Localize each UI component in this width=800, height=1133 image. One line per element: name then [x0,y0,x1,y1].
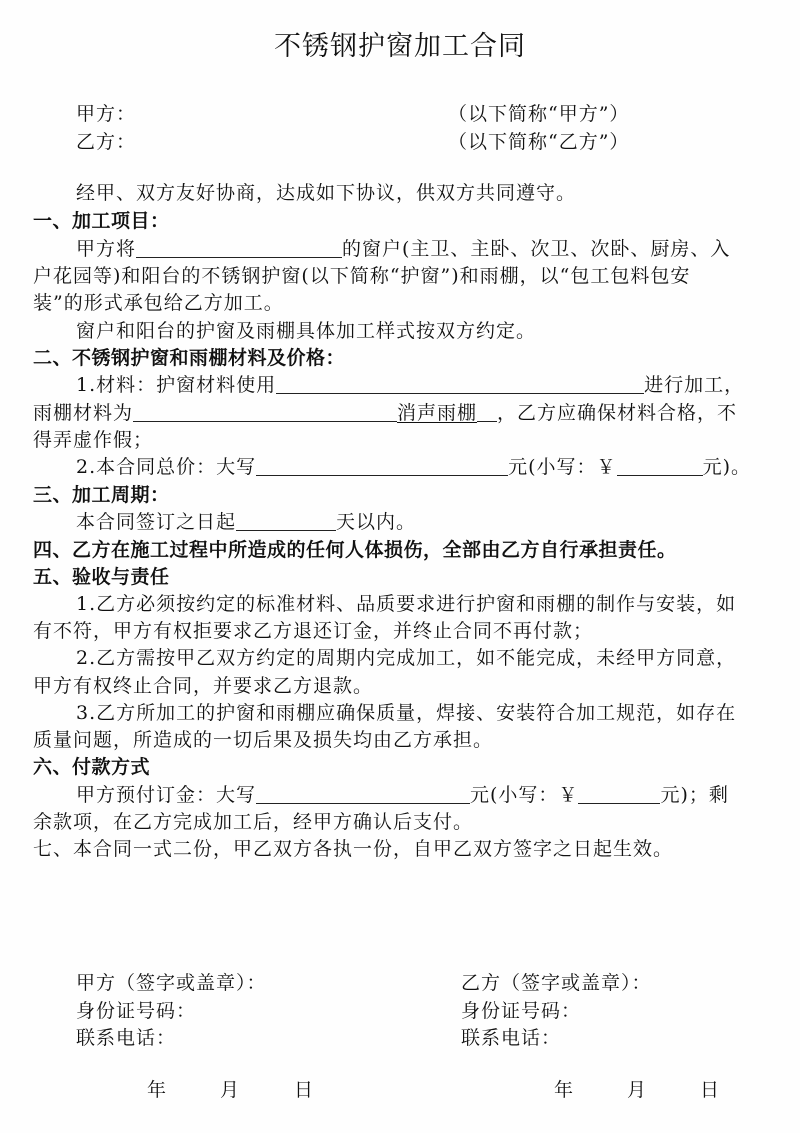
period-post: 天以内。 [336,511,416,533]
section4-heading: 四、乙方在施工过程中所造成的任何人体损伤，全部由乙方自行承担责任。 [33,538,677,562]
section1-line1: 甲方将的窗户(主卫、主卧、次卫、次卧、厨房、入 [76,237,730,261]
section5-item3-line2: 质量问题，所造成的一切后果及损失均由乙方承担。 [33,728,493,752]
party-a-year-label: 年 [147,1078,167,1102]
material-label: 1.材料：护窗材料使用 [76,374,276,396]
awning-material-label: 雨棚材料为 [33,402,133,424]
section7-text: 七、本合同一式二份，甲乙双方各执一份，自甲乙双方签字之日起生效。 [33,837,673,861]
total-price-number-blank[interactable] [617,455,703,476]
party-b-phone-label: 联系电话： [461,1026,561,1050]
document-title: 不锈钢护窗加工合同 [0,30,800,64]
deposit-words-blank[interactable] [256,783,470,804]
section2-heading: 二、不锈钢护窗和雨棚材料及价格： [33,346,345,370]
party-b-note: （以下简称“乙方”） [448,130,629,154]
party-a-address-blank[interactable] [136,237,342,258]
awning-material-post: ，乙方应确保材料合格，不 [497,402,737,424]
awning-material-blank-tail[interactable] [477,401,497,422]
contract-page: 不锈钢护窗加工合同 甲方： （以下简称“甲方”） 乙方： （以下简称“乙方”） … [0,0,800,1133]
section5-item2-line2: 甲方有权终止合同，并要求乙方退款。 [33,674,373,698]
material-post: 进行加工， [644,374,744,396]
section5-item1-line1: 1.乙方必须按约定的标准材料、品质要求进行护窗和雨棚的制作与安装，如 [76,592,736,616]
intro-text: 经甲、双方友好协商，达成如下协议，供双方共同遵守。 [76,181,576,205]
section2-item1-line3: 得弄虚作假； [33,428,153,452]
section2-item2: 2.本合同总价：大写元(小写：￥元)。 [76,455,751,479]
party-b-month-label: 月 [627,1078,647,1102]
deposit-label: 甲方预付订金：大写 [76,784,256,806]
party-a-label: 甲方： [76,102,136,126]
party-a-note: （以下简称“甲方”） [448,102,629,126]
section2-item1-line2: 雨棚材料为消声雨棚，乙方应确保材料合格，不 [33,401,737,425]
window-material-blank[interactable] [276,373,644,394]
party-a-month-label: 月 [220,1078,240,1102]
deposit-post: 元)；剩 [660,784,728,806]
section5-item2-line1: 2.乙方需按甲乙双方约定的周期内完成加工，如不能完成，未经甲方同意， [76,646,736,670]
party-a-sign-label: 甲方（签字或盖章）： [76,971,267,995]
total-price-mid: 元(小写：￥ [508,456,616,478]
total-price-label: 2.本合同总价：大写 [76,456,256,478]
party-b-id-label: 身份证号码： [461,999,581,1023]
deposit-number-blank[interactable] [578,783,660,804]
section1-line1-post: 的窗户(主卫、主卧、次卫、次卧、厨房、入 [342,238,730,260]
party-b-sign-label: 乙方（签字或盖章）： [461,971,652,995]
section1-line3: 装”的形式承包给乙方加工。 [33,291,284,315]
party-b-day-label: 日 [700,1078,720,1102]
total-price-post: 元)。 [703,456,751,478]
period-label: 本合同签订之日起 [76,511,236,533]
section6-heading: 六、付款方式 [33,755,150,779]
party-b-label: 乙方： [76,130,136,154]
section5-heading: 五、验收与责任 [33,565,170,589]
section1-line1-pre: 甲方将 [76,238,136,260]
deposit-mid: 元(小写：￥ [470,784,578,806]
section1-line4: 窗户和阳台的护窗及雨棚具体加工样式按双方约定。 [76,319,536,343]
awning-material-value[interactable]: 消声雨棚 [397,402,477,424]
section3-heading: 三、加工周期： [33,483,170,507]
total-price-words-blank[interactable] [256,455,508,476]
period-days-blank[interactable] [236,510,336,531]
party-a-day-label: 日 [294,1078,314,1102]
party-a-phone-label: 联系电话： [76,1026,176,1050]
section1-line2: 户花园等)和阳台的不锈钢护窗(以下简称“护窗”)和雨棚，以“包工包料包安 [33,264,690,288]
section1-heading: 一、加工项目： [33,209,170,233]
section6-line1: 甲方预付订金：大写元(小写：￥元)；剩 [76,783,729,807]
party-b-year-label: 年 [554,1078,574,1102]
party-a-id-label: 身份证号码： [76,999,196,1023]
awning-material-blank-lead[interactable] [133,401,397,422]
section3-line: 本合同签订之日起天以内。 [76,510,416,534]
section2-item1-line1: 1.材料：护窗材料使用进行加工， [76,373,744,397]
section5-item3-line1: 3.乙方所加工的护窗和雨棚应确保质量，焊接、安装符合加工规范，如存在 [76,701,736,725]
section6-line2: 余款项，在乙方完成加工后，经甲方确认后支付。 [33,810,473,834]
section5-item1-line2: 有不符，甲方有权拒要求乙方退还订金，并终止合同不再付款； [33,619,593,643]
